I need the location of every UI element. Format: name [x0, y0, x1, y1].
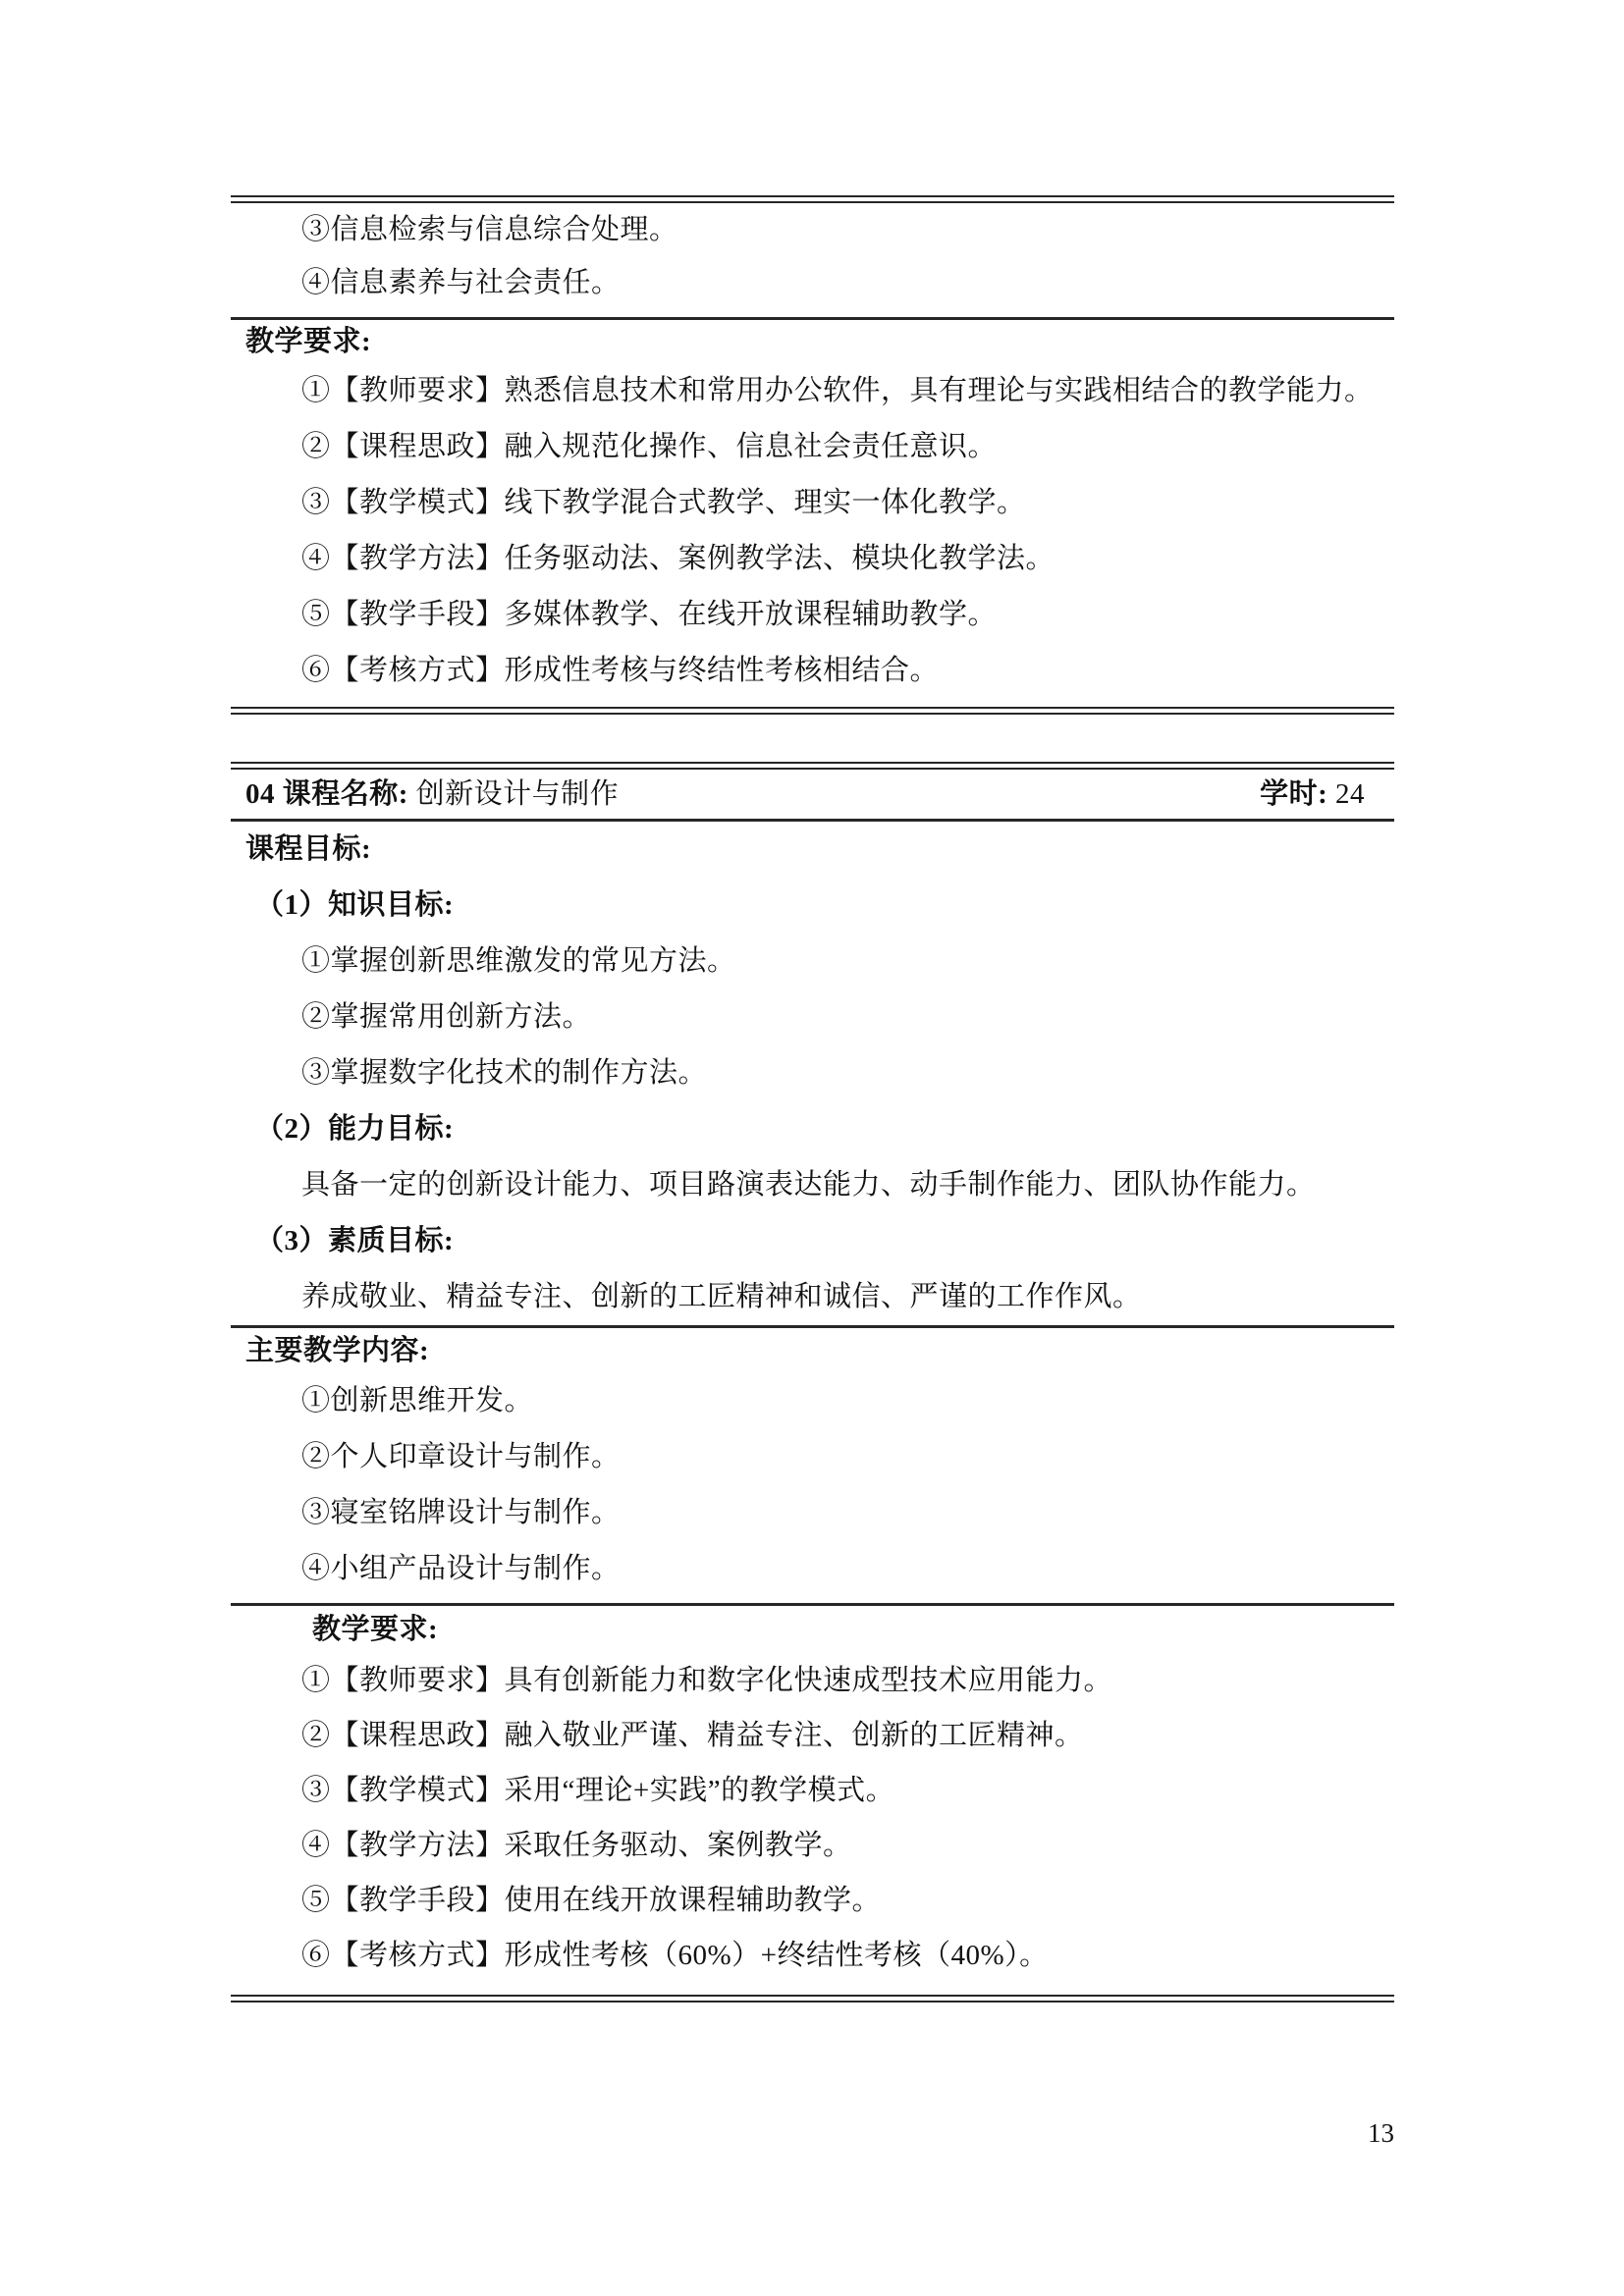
objective-group-label: （2）能力目标:: [231, 1101, 1394, 1157]
table2-requirements-section: 教学要求: ①【教师要求】具有创新能力和数字化快速成型技术应用能力。 ②【课程思…: [231, 1606, 1394, 1995]
divider-double-top-table2: [231, 762, 1394, 770]
divider-double-top: [231, 195, 1394, 203]
requirement-item: ④【教学方法】任务驱动法、案例教学法、模块化教学法。: [231, 531, 1394, 587]
objective-group-label: （1）知识目标:: [231, 878, 1394, 934]
course-title-left: 04 课程名称: 创新设计与制作: [231, 770, 619, 819]
requirement-item: ⑥【考核方式】形成性考核（60%）+终结性考核（40%）。: [231, 1928, 1394, 1983]
content-item: ④小组产品设计与制作。: [231, 1541, 1394, 1597]
objective-paragraph: 养成敬业、精益专注、创新的工匠精神和诚信、严谨的工作作风。: [231, 1269, 1394, 1325]
document-page: ③信息检索与信息综合处理。 ④信息素养与社会责任。 教学要求: ①【教师要求】熟…: [0, 0, 1624, 2296]
hours-label: 学时:: [1260, 778, 1327, 810]
course-name: 创新设计与制作: [416, 778, 620, 810]
hours-value: 24: [1335, 778, 1365, 810]
objective-group-label: （3）素质目标:: [231, 1213, 1394, 1269]
content-item: ③寝室铭牌设计与制作。: [231, 1485, 1394, 1541]
page-number: 13: [1368, 2118, 1394, 2149]
content-item: ③信息检索与信息综合处理。: [231, 203, 1394, 256]
section-header-teaching-requirements: 教学要求:: [231, 1606, 1394, 1653]
requirement-item: ⑥【考核方式】形成性考核与终结性考核相结合。: [231, 643, 1394, 699]
section-header-main-content: 主要教学内容:: [231, 1328, 1394, 1373]
table-gap: [231, 715, 1394, 762]
divider-double-bottom-table2: [231, 1995, 1394, 2002]
objective-item: ①掌握创新思维激发的常见方法。: [231, 934, 1394, 989]
table2-content-section: 主要教学内容: ①创新思维开发。 ②个人印章设计与制作。 ③寝室铭牌设计与制作。…: [231, 1328, 1394, 1603]
content-item: ②个人印章设计与制作。: [231, 1429, 1394, 1485]
requirement-item: ④【教学方法】采取任务驱动、案例教学。: [231, 1818, 1394, 1873]
content-item: ④信息素养与社会责任。: [231, 256, 1394, 309]
requirement-item: ③【教学模式】采用“理论+实践”的教学模式。: [231, 1763, 1394, 1818]
requirement-item: ②【课程思政】融入规范化操作、信息社会责任意识。: [231, 419, 1394, 475]
course-title-right: 学时: 24: [1260, 770, 1394, 819]
section-header-course-objectives: 课程目标:: [231, 822, 1394, 878]
objective-paragraph: 具备一定的创新设计能力、项目路演表达能力、动手制作能力、团队协作能力。: [231, 1157, 1394, 1213]
requirement-item: ⑤【教学手段】多媒体教学、在线开放课程辅助教学。: [231, 587, 1394, 643]
section-header-teaching-requirements: 教学要求:: [231, 320, 1394, 363]
document-content: ③信息检索与信息综合处理。 ④信息素养与社会责任。 教学要求: ①【教师要求】熟…: [231, 0, 1394, 2002]
requirement-item: ②【课程思政】融入敬业严谨、精益专注、创新的工匠精神。: [231, 1708, 1394, 1763]
objective-item: ②掌握常用创新方法。: [231, 989, 1394, 1045]
requirement-item: ①【教师要求】具有创新能力和数字化快速成型技术应用能力。: [231, 1653, 1394, 1708]
requirement-item: ①【教师要求】熟悉信息技术和常用办公软件，具有理论与实践相结合的教学能力。: [231, 363, 1394, 419]
requirement-item: ⑤【教学手段】使用在线开放课程辅助教学。: [231, 1873, 1394, 1928]
divider-double-bottom-table1: [231, 707, 1394, 715]
content-item: ①创新思维开发。: [231, 1373, 1394, 1429]
objective-item: ③掌握数字化技术的制作方法。: [231, 1045, 1394, 1101]
table1-requirements-section: 教学要求: ①【教师要求】熟悉信息技术和常用办公软件，具有理论与实践相结合的教学…: [231, 320, 1394, 707]
course-title-row: 04 课程名称: 创新设计与制作 学时: 24: [231, 770, 1394, 819]
requirement-item: ③【教学模式】线下教学混合式教学、理实一体化教学。: [231, 475, 1394, 531]
course-number-label: 04 课程名称:: [245, 778, 408, 810]
table2-objectives-section: 课程目标: （1）知识目标: ①掌握创新思维激发的常见方法。 ②掌握常用创新方法…: [231, 822, 1394, 1325]
table1-content-section: ③信息检索与信息综合处理。 ④信息素养与社会责任。: [231, 203, 1394, 317]
